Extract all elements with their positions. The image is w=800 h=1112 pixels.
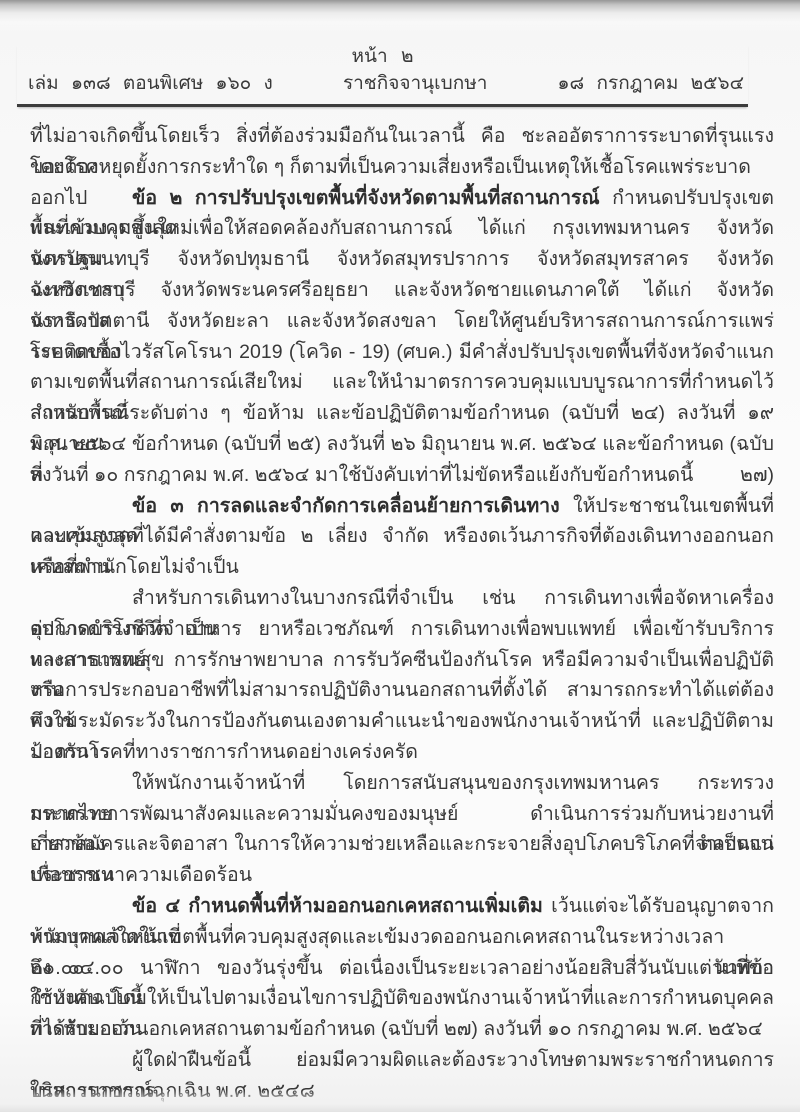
text-line: ให้พนักงานเจ้าหน้าที่ โดยการสนับสนุนของก…: [30, 768, 774, 799]
text-line: และสาธารณสุข การรักษาพยาบาล การรับวัคซีน…: [30, 645, 774, 676]
gazette-date: ๑๘ กรกฎาคม ๒๕๖๔: [558, 70, 745, 97]
text-line: ความระมัดระวังในการป้องกันตนเองตามคำแนะน…: [30, 706, 774, 737]
line-text: การห้ามออกนอกเคหสถานตามข้อกำหนด (ฉบับที่…: [30, 1018, 763, 1040]
text-line: อาสาสมัครและจิตอาสา ในการให้ความช่วยเหลื…: [30, 829, 774, 860]
text-line: การห้ามออกนอกเคหสถานตามข้อกำหนด (ฉบับที่…: [30, 1014, 774, 1045]
volume-issue: เล่ม ๑๓๘ ตอนพิเศษ ๑๖๐ ง: [28, 70, 273, 97]
text-line: ในสถานการณ์ฉุกเฉิน พ.ศ. ๒๕๔๘: [30, 1076, 774, 1107]
text-line: ลงวันที่ ๑๐ กรกฎาคม พ.ศ. ๒๕๖๔ มาใช้บังคั…: [30, 460, 774, 491]
line-text: โรคติดเชื้อไวรัสโคโรนา 2019 (โควิด - 19)…: [30, 341, 774, 363]
text-line: ผู้ใดฝ่าฝืนข้อนี้ ย่อมมีความผิดและต้องระ…: [30, 1045, 774, 1076]
text-line: ห้ามบุคคลใดในเขตพื้นที่ควบคุมสูงสุดและเข…: [30, 922, 774, 953]
scanned-gazette-page: หน้า ๒ เล่ม ๑๓๘ ตอนพิเศษ ๑๖๐ ง ราชกิจจาน…: [0, 0, 800, 1112]
text-line: และเข้มงวดที่ได้มีคำสั่งตามข้อ ๒ เลี่ยง …: [30, 521, 774, 552]
text-line: หรือที่พำนักโดยไม่จำเป็น: [30, 552, 774, 583]
line-text: หรือที่พำนักโดยไม่จำเป็น: [30, 556, 239, 578]
text-line: ข้อ ๓ การลดและจำกัดการเคลื่อนย้ายการเดิน…: [30, 491, 774, 522]
document-body: ที่ไม่อาจเกิดขึ้นโดยเร็ว สิ่งที่ต้องร่วม…: [30, 121, 774, 1107]
text-line: สถานการณ์ระดับต่าง ๆ ข้อห้าม และข้อปฏิบั…: [30, 398, 774, 429]
text-line: ป้องกันโรคที่ทางราชการกำหนดอย่างเคร่งครั…: [30, 737, 774, 768]
text-line: ใช้บังคับ โดยให้เป็นไปตามเงื่อนไขการปฏิบ…: [30, 983, 774, 1014]
scan-top-shade: [0, 0, 800, 32]
gazette-header: หน้า ๒ เล่ม ๑๓๘ ตอนพิเศษ ๑๖๐ ง ราชกิจจาน…: [17, 44, 748, 107]
text-line: กระทรวงการพัฒนาสังคมและความมั่นคงของมนุษ…: [30, 799, 774, 830]
text-line: หรือการประกอบอาชีพที่ไม่สามารถปฏิบัติงาน…: [30, 675, 774, 706]
text-line: โดยต้องหยุดยั้งการกระทำใด ๆ ก็ตามที่เป็น…: [30, 152, 774, 183]
text-line: และเข้มงวดขึ้นใหม่เพื่อให้สอดคล้องกับสถา…: [30, 213, 774, 244]
clause-heading: ข้อ ๒ การปรับปรุงเขตพื้นที่จังหวัดตามพื้…: [132, 187, 600, 209]
line-text: ในสถานการณ์ฉุกเฉิน พ.ศ. ๒๕๔๘: [30, 1080, 315, 1102]
text-line: ถึง ๐๔.๐๐ นาฬิกา ของวันรุ่งขึ้น ต่อเนื่อ…: [30, 953, 774, 984]
text-line: เพื่อบรรเทาความเดือดร้อน: [30, 860, 774, 891]
text-line: สำหรับการเดินทางในบางกรณีที่จำเป็น เช่น …: [30, 583, 774, 614]
clause-heading: ข้อ ๓ การลดและจำกัดการเคลื่อนย้ายการเดิน…: [132, 495, 560, 517]
line-text: ป้องกันโรคที่ทางราชการกำหนดอย่างเคร่งครั…: [30, 741, 418, 763]
clause-heading: ข้อ ๔ กำหนดพื้นที่ห้ามออกนอกเคหสถานเพิ่ม…: [132, 895, 543, 917]
text-line: ข้อ ๔ กำหนดพื้นที่ห้ามออกนอกเคหสถานเพิ่ม…: [30, 891, 774, 922]
text-line: จังหวัดชลบุรี จังหวัดพระนครศรีอยุธยา และ…: [30, 275, 774, 306]
text-line: ต่อการดำรงชีวิต อาหาร ยาหรือเวชภัณฑ์ การ…: [30, 614, 774, 645]
page-number: หน้า ๒: [17, 44, 748, 70]
gazette-name: ราชกิจจานุเบกษา: [343, 70, 487, 97]
text-line: จังหวัดนนทบุรี จังหวัดปทุมธานี จังหวัดสม…: [30, 244, 774, 275]
text-line: พ.ศ. ๒๕๖๔ ข้อกำหนด (ฉบับที่ ๒๕) ลงวันที่…: [30, 429, 774, 460]
text-line: ข้อ ๒ การปรับปรุงเขตพื้นที่จังหวัดตามพื้…: [30, 183, 774, 214]
line-text: เพื่อบรรเทาความเดือดร้อน: [30, 864, 252, 886]
text-line: ตามเขตพื้นที่สถานการณ์เสียใหม่ และให้นำม…: [30, 367, 774, 398]
line-text: ลงวันที่ ๑๐ กรกฎาคม พ.ศ. ๒๕๖๔ มาใช้บังคั…: [30, 464, 693, 486]
text-line: โรคติดเชื้อไวรัสโคโรนา 2019 (โควิด - 19)…: [30, 337, 774, 368]
text-line: จังหวัดปัตตานี จังหวัดยะลา และจังหวัดสงข…: [30, 306, 774, 337]
text-line: ที่ไม่อาจเกิดขึ้นโดยเร็ว สิ่งที่ต้องร่วม…: [30, 121, 774, 152]
